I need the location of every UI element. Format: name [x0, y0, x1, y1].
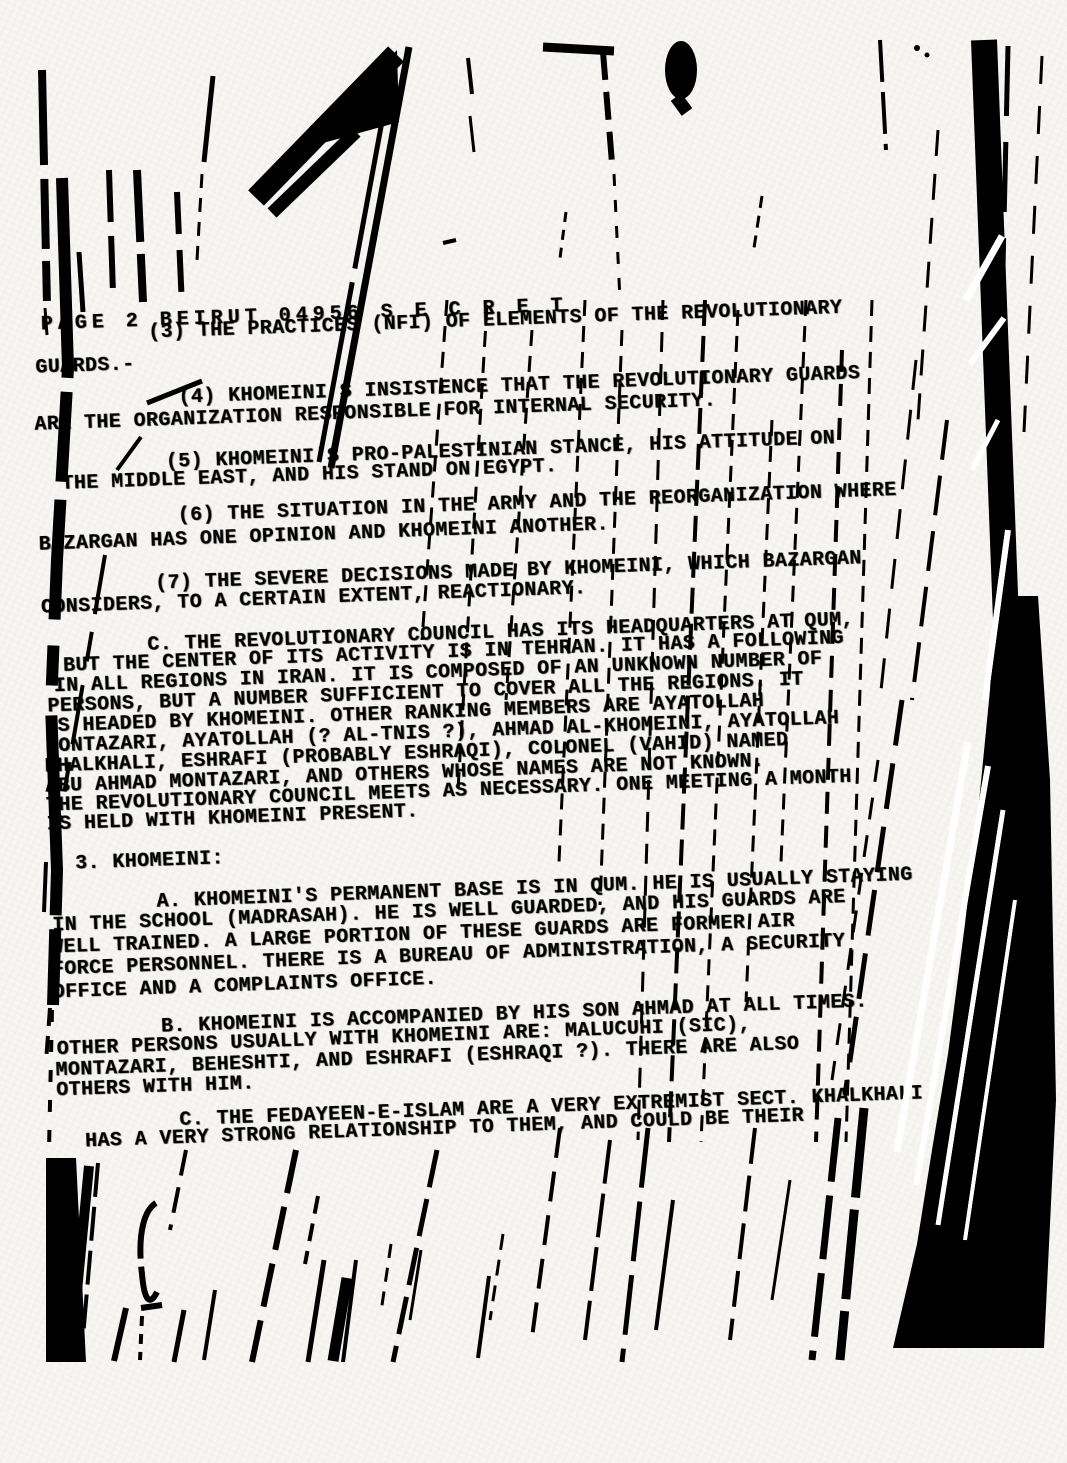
ink-blob — [665, 41, 697, 99]
text-line: GUARDS.- — [35, 355, 135, 379]
ink-dot — [914, 45, 920, 51]
document-page: PAGE 2 BEIRUT 04956 S E C R E T (3) THE … — [0, 0, 1067, 1463]
section-heading: 3. KHOMEINI: — [75, 849, 224, 874]
hook-mark — [140, 1203, 157, 1300]
typewritten-text-block: PAGE 2 BEIRUT 04956 S E C R E T (3) THE … — [25, 264, 1067, 1200]
ink-streaks-top-right — [543, 40, 886, 300]
text-line: OTHERS WITH HIM. — [56, 1074, 255, 1101]
ink-dot — [925, 53, 930, 58]
